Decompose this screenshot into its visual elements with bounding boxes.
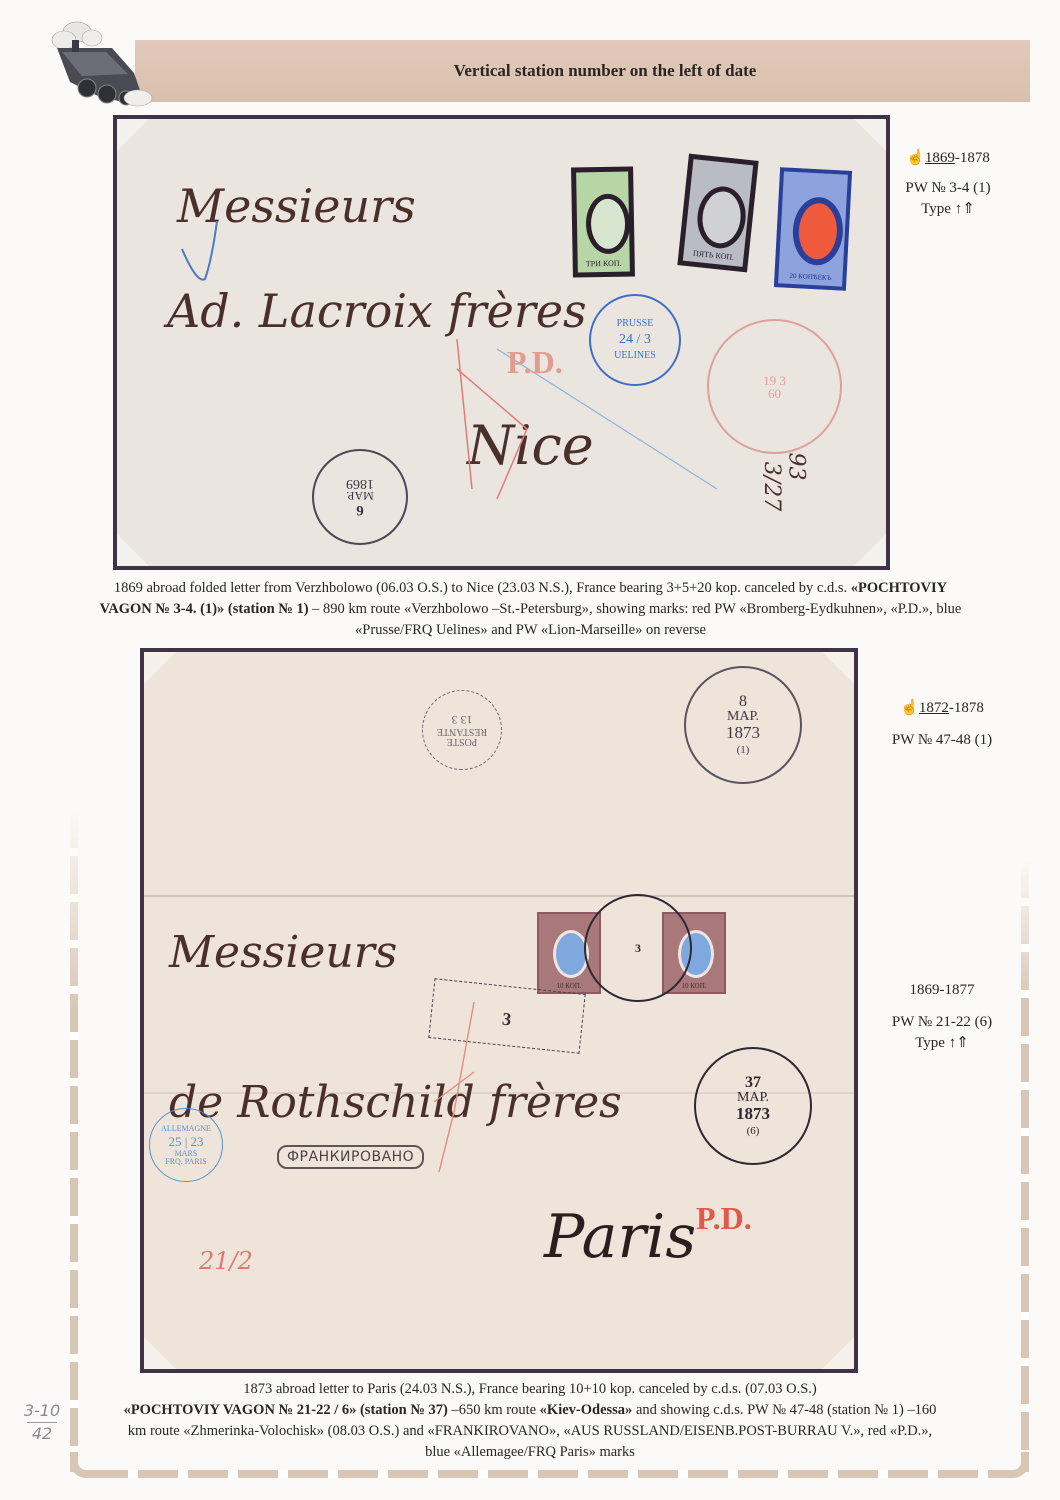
- cover-1-caption: 1869 abroad folded letter from Verzhbolo…: [98, 578, 963, 641]
- pochtoviy-vagon-21-22-cancel: 37 МАР. 1873 (6): [694, 1047, 812, 1165]
- pochtoviy-vagon-3-4-cancel: 6 МАР. 1869: [312, 449, 408, 545]
- rail-border-bottom: [88, 1470, 1012, 1478]
- handwritten-note: 3/27: [759, 462, 784, 511]
- photo-corner: [852, 532, 888, 568]
- photo-corner: [115, 532, 151, 568]
- pointing-hand-icon: ☝: [906, 148, 925, 168]
- stamp-20-kop: 20 КОПѢЕКЪ: [774, 167, 852, 291]
- frankirovano-mark: ФРАНКИРОВАНО: [277, 1145, 424, 1169]
- pencil-page-number: 3-10 42: [22, 1402, 62, 1442]
- photo-corner: [820, 650, 856, 686]
- stamp-label: ПЯТЬ КОП.: [683, 248, 744, 263]
- handwritten-note: 93: [784, 453, 809, 481]
- photo-corner: [115, 117, 151, 153]
- stamp-label: 10 КОП.: [539, 982, 599, 990]
- photo-corner: [820, 1335, 856, 1371]
- allemagne-paris-cancel-blue: ALLEMAGNE 25 | 23 MARS FRQ. PARIS: [149, 1108, 223, 1182]
- photo-corner: [852, 117, 888, 153]
- type-arrows-icon: ↑⇑: [949, 1035, 969, 1051]
- pointing-hand-icon: ☝: [900, 698, 919, 718]
- prusse-cancel-blue: PRUSSE 24 / 3 UELINES: [589, 294, 681, 386]
- blue-crayon-check: [177, 219, 237, 289]
- address-line-3: Paris: [544, 1202, 696, 1272]
- cover-1869-nice: ТРИ КОП. ПЯТЬ КОП. 20 КОПѢЕКЪ Messieurs …: [113, 115, 890, 570]
- address-line-1: Messieurs: [169, 927, 397, 978]
- red-pw-cancel: 19 360: [707, 319, 842, 454]
- red-crayon-lines: [437, 309, 737, 509]
- stamp-label: 20 КОПѢЕКЪ: [778, 271, 842, 282]
- red-handwritten-note: 21/2: [199, 1247, 253, 1275]
- photo-corner: [142, 1335, 178, 1371]
- photo-corner: [142, 650, 178, 686]
- page-title: Vertical station number on the left of d…: [135, 40, 1060, 102]
- pd-mark-red: P.D.: [507, 344, 563, 381]
- type-arrows-icon: ↑⇑: [955, 201, 975, 217]
- cover-2-caption: 1873 abroad letter to Paris (24.03 N.S.)…: [120, 1379, 940, 1463]
- stamp-label: ТРИ КОП.: [578, 259, 630, 269]
- cover-1-side-note: ☝1869-1878 PW № 3-4 (1) Type ↑⇑: [888, 148, 1008, 219]
- pd-mark-red: P.D.: [696, 1200, 752, 1237]
- rail-border-left: [70, 810, 78, 1472]
- cover-2-side-note-top: ☝1872-1878 PW № 47-48 (1): [872, 698, 1012, 751]
- poste-restante-cancel: POSTE RESTANTE 13 3: [422, 690, 502, 770]
- cover-1873-paris: 10 КОП. 10 КОП. 3 Messieurs de Rothschil…: [140, 648, 858, 1373]
- pochtoviy-vagon-47-48-cancel: 8 МАР. 1873 (1): [684, 666, 802, 784]
- stamp-3-kop: ТРИ КОП.: [571, 166, 635, 277]
- stamp-5-kop: ПЯТЬ КОП.: [677, 154, 758, 273]
- pochtoviy-vagon-21-22-cancel-on-stamps: 3: [584, 894, 692, 1002]
- rail-border-right: [1021, 860, 1029, 1472]
- cover-2-side-note-mid: 1869-1877 PW № 21-22 (6) Type ↑⇑: [872, 980, 1012, 1053]
- fold-line: [144, 895, 854, 897]
